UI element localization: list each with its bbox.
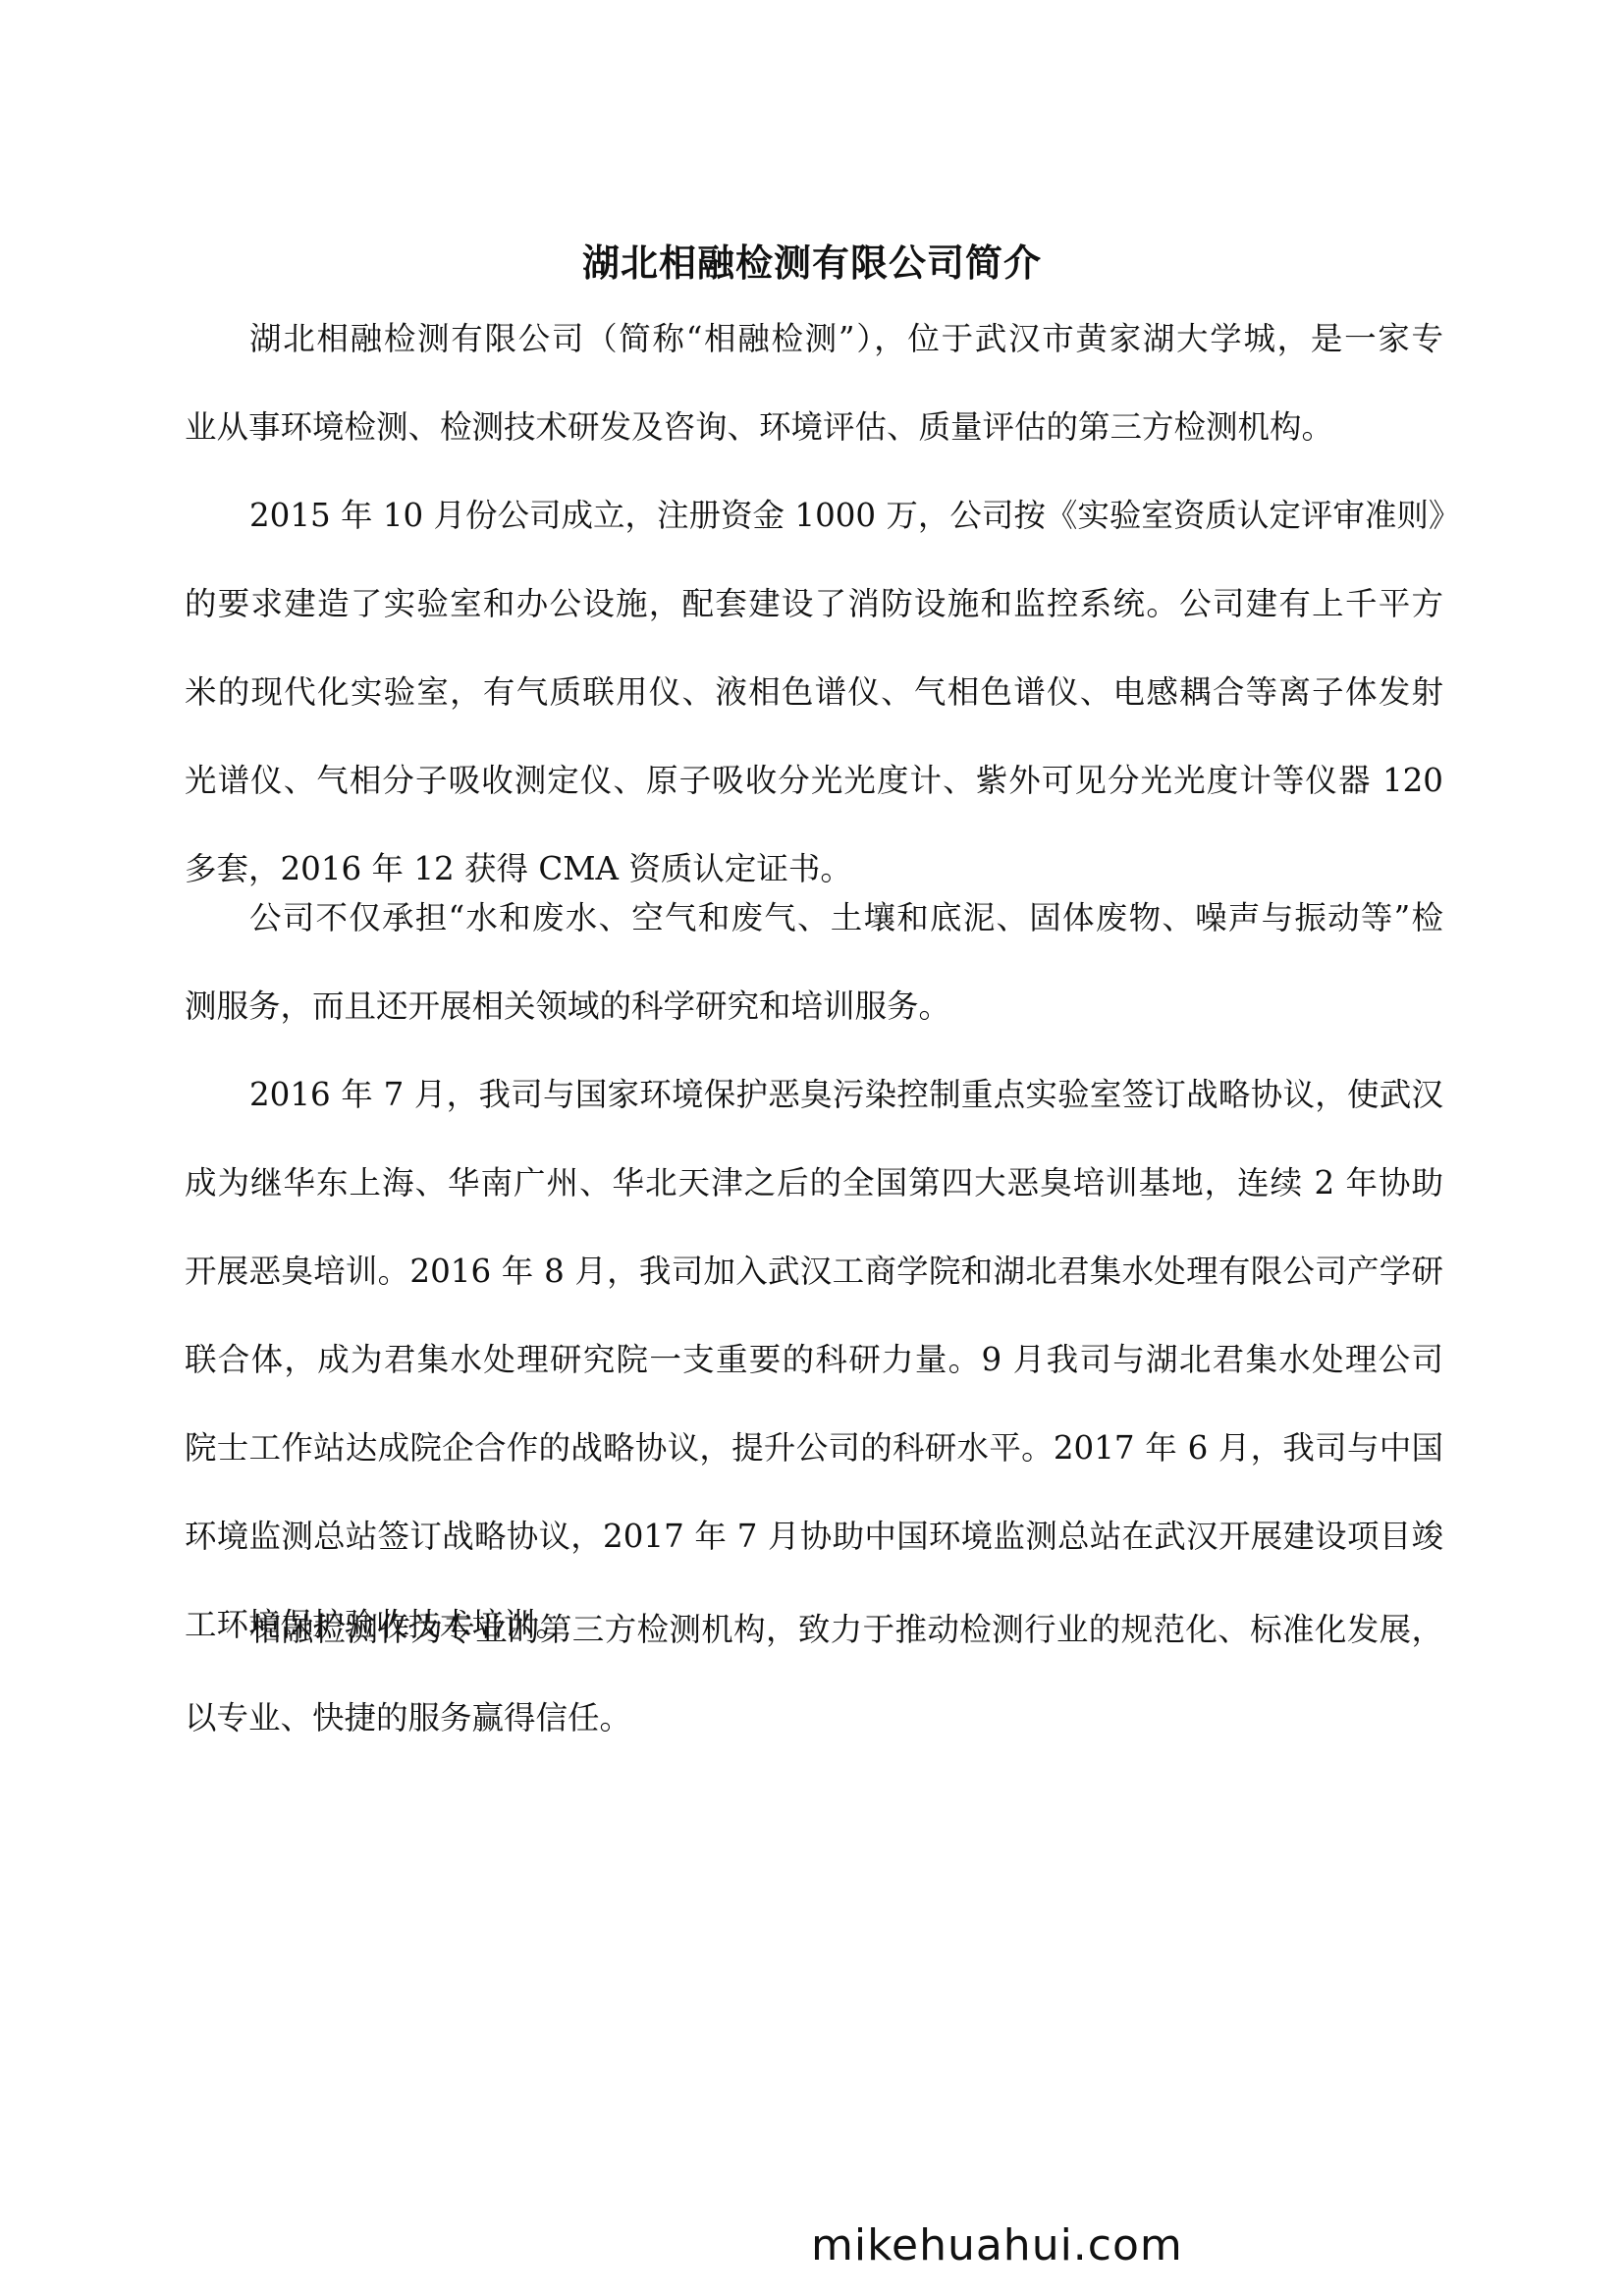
text-line: 2016 年 7 月，我司与国家环境保护恶臭污染控制重点实验室签订战略协议，使武… bbox=[185, 1050, 1443, 1139]
text-line: 院士工作站达成院企合作的战略协议，提升公司的科研水平。2017 年 6 月，我司… bbox=[185, 1404, 1443, 1492]
text-line: 的要求建造了实验室和办公设施，配套建设了消防设施和监控系统。公司建有上千平方 bbox=[185, 560, 1443, 648]
text-line: 2015 年 10 月份公司成立，注册资金 1000 万，公司按《实验室资质认定… bbox=[185, 471, 1443, 560]
paragraph-founding: 2015 年 10 月份公司成立，注册资金 1000 万，公司按《实验室资质认定… bbox=[185, 471, 1443, 913]
paragraph-intro: 湖北相融检测有限公司（简称“相融检测”），位于武汉市黄家湖大学城，是一家专 业从… bbox=[185, 294, 1443, 471]
watermark-text: mikehuahui.com bbox=[811, 2220, 1183, 2270]
text-line: 业从事环境检测、检测技术研发及咨询、环境评估、质量评估的第三方检测机构。 bbox=[185, 383, 1443, 471]
document-page: 湖北相融检测有限公司简介 湖北相融检测有限公司（简称“相融检测”），位于武汉市黄… bbox=[0, 0, 1624, 2296]
text-line: 联合体，成为君集水处理研究院一支重要的科研力量。9 月我司与湖北君集水处理公司 bbox=[185, 1315, 1443, 1404]
text-line: 湖北相融检测有限公司（简称“相融检测”），位于武汉市黄家湖大学城，是一家专 bbox=[185, 294, 1443, 383]
text-line: 光谱仪、气相分子吸收测定仪、原子吸收分光光度计、紫外可见分光光度计等仪器 120 bbox=[185, 736, 1443, 825]
paragraph-partnerships: 2016 年 7 月，我司与国家环境保护恶臭污染控制重点实验室签订战略协议，使武… bbox=[185, 1050, 1443, 1669]
text-line: 开展恶臭培训。2016 年 8 月，我司加入武汉工商学院和湖北君集水处理有限公司… bbox=[185, 1227, 1443, 1315]
text-line: 环境监测总站签订战略协议，2017 年 7 月协助中国环境监测总站在武汉开展建设… bbox=[185, 1492, 1443, 1580]
text-line: 米的现代化实验室，有气质联用仪、液相色谱仪、气相色谱仪、电感耦合等离子体发射 bbox=[185, 648, 1443, 736]
paragraph-mission: 相融检测作为专业的第三方检测机构，致力于推动检测行业的规范化、标准化发展， 以专… bbox=[185, 1585, 1443, 1762]
paragraph-services: 公司不仅承担“水和废水、空气和废气、土壤和底泥、固体废物、噪声与振动等”检 测服… bbox=[185, 874, 1443, 1050]
text-line: 相融检测作为专业的第三方检测机构，致力于推动检测行业的规范化、标准化发展， bbox=[185, 1585, 1443, 1674]
text-line: 测服务，而且还开展相关领域的科学研究和培训服务。 bbox=[185, 962, 1443, 1050]
text-line: 公司不仅承担“水和废水、空气和废气、土壤和底泥、固体废物、噪声与振动等”检 bbox=[185, 874, 1443, 962]
text-line: 以专业、快捷的服务赢得信任。 bbox=[185, 1674, 1443, 1762]
text-line: 成为继华东上海、华南广州、华北天津之后的全国第四大恶臭培训基地，连续 2 年协助 bbox=[185, 1139, 1443, 1227]
document-title: 湖北相融检测有限公司简介 bbox=[0, 239, 1624, 288]
